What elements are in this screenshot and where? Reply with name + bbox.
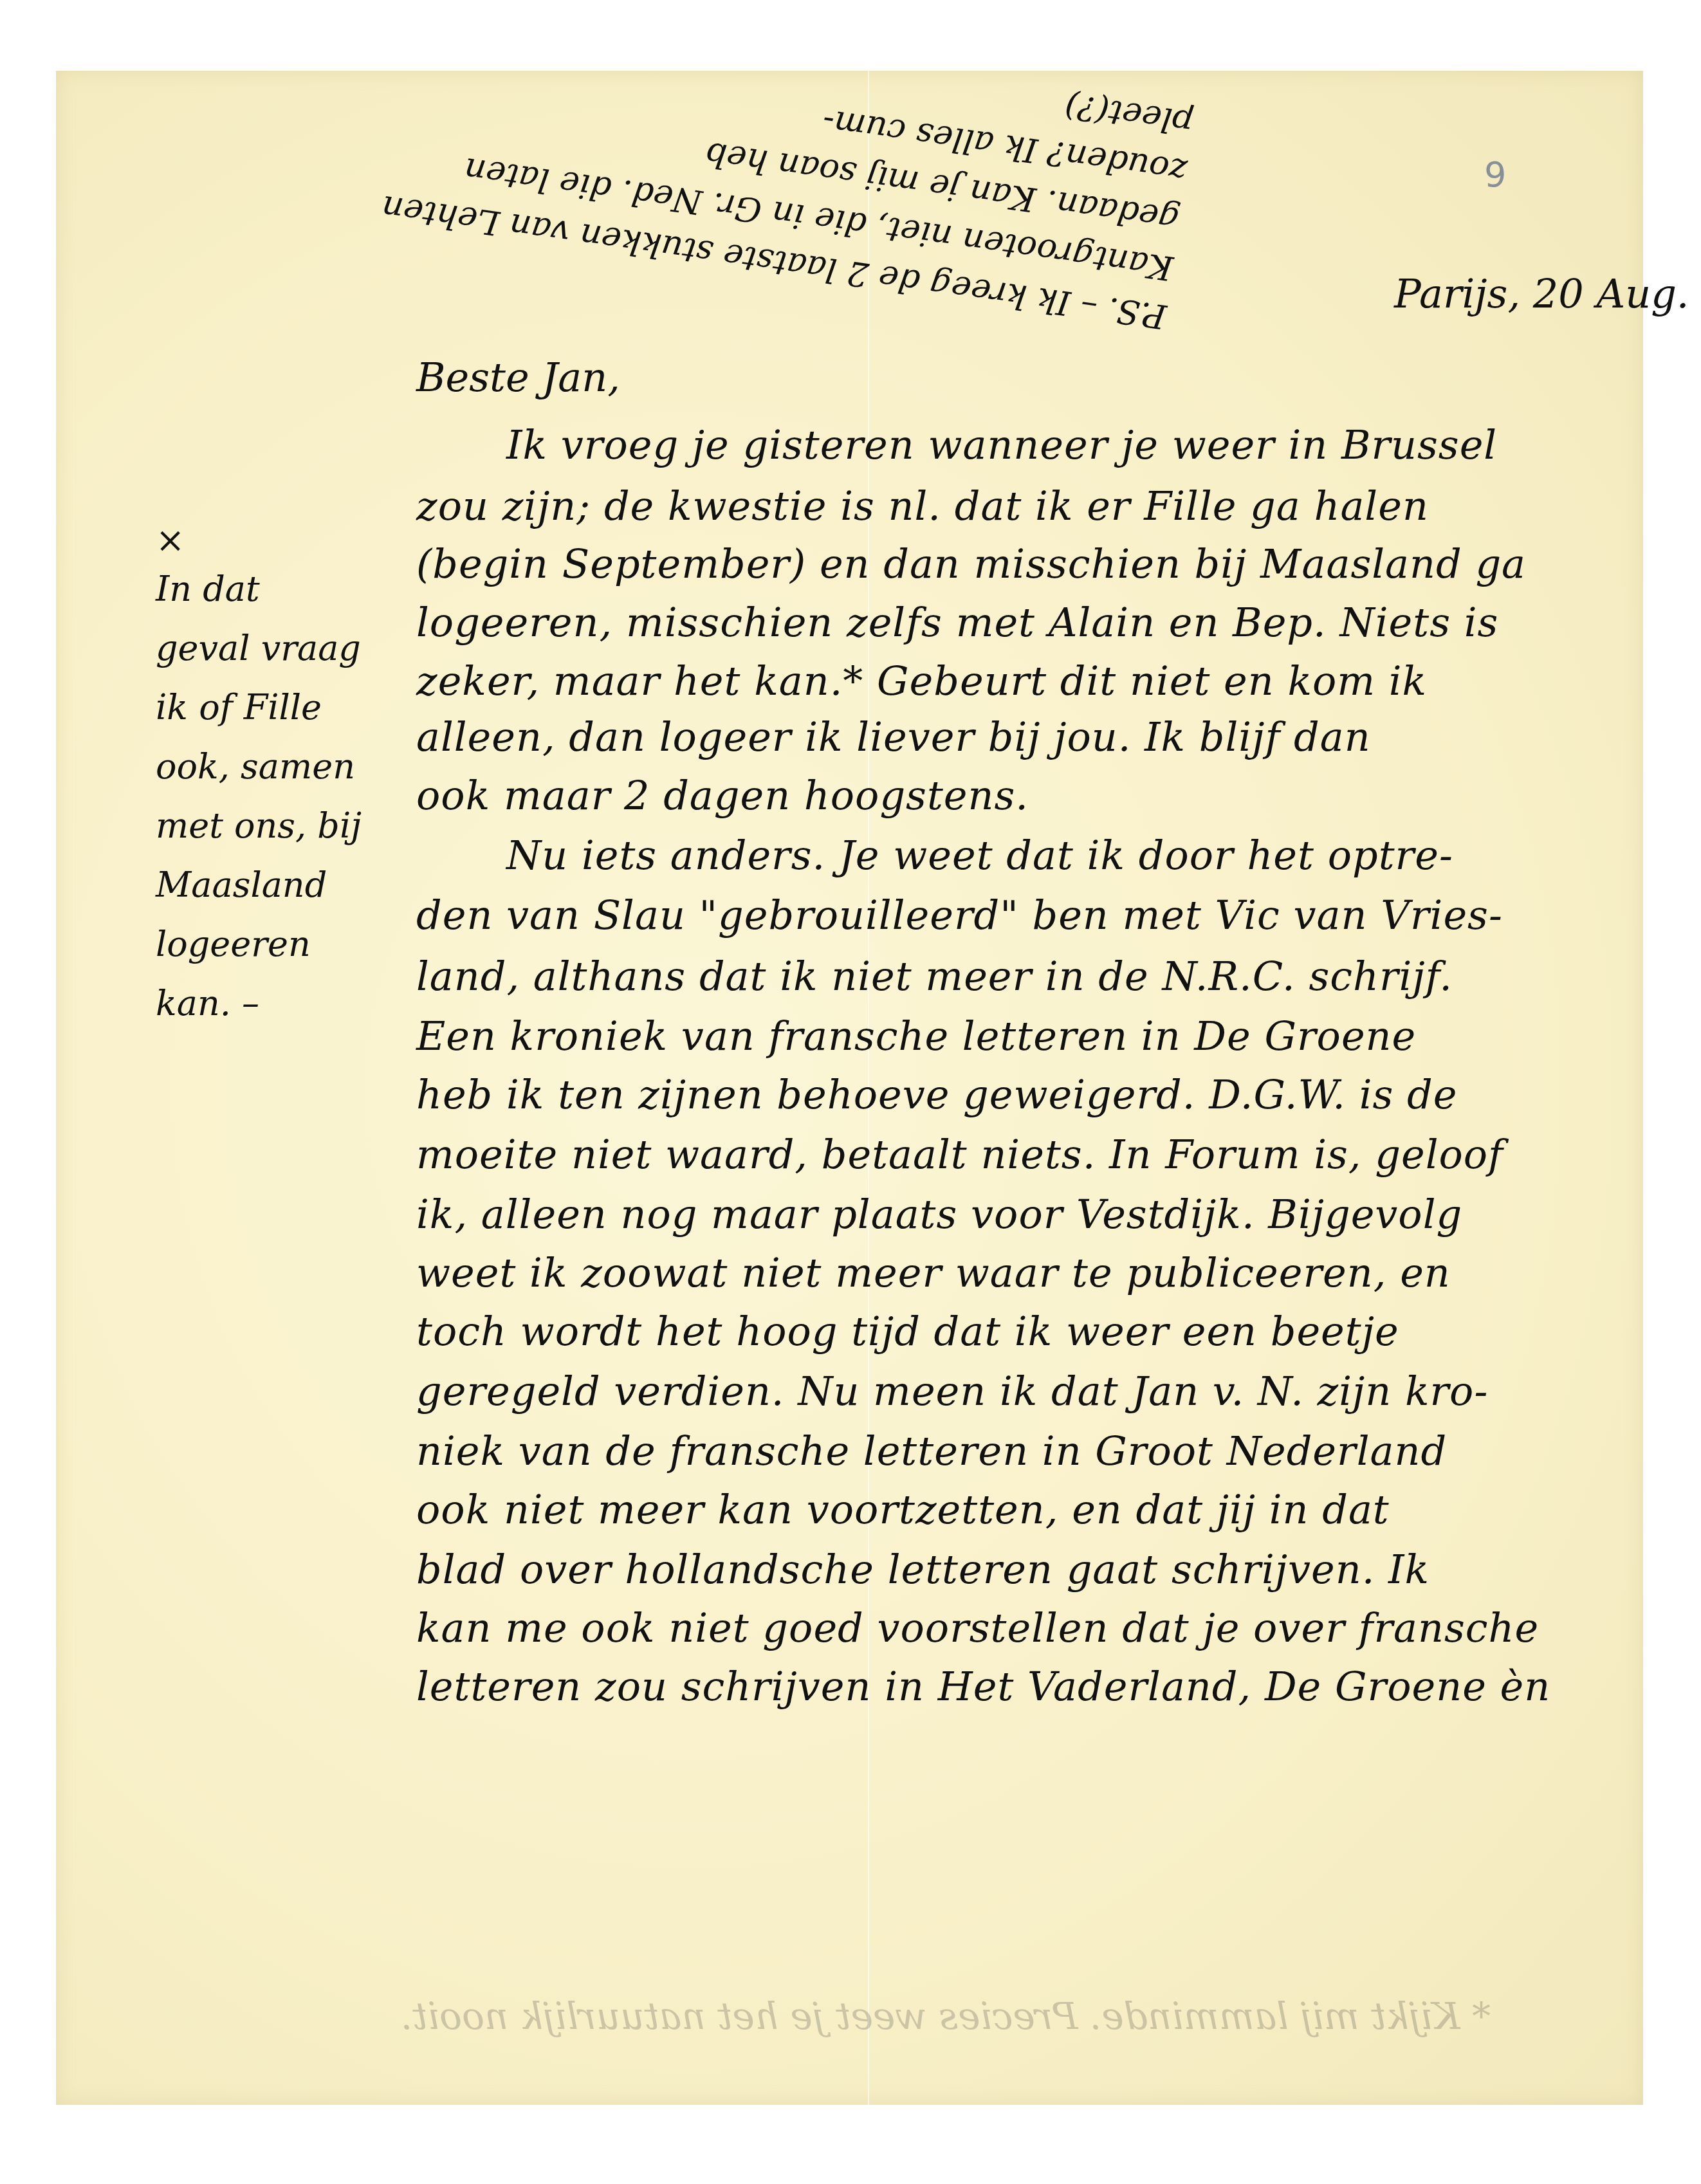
salutation: Beste Jan, xyxy=(416,354,620,401)
place-date: Parijs, 20 Aug. '35. xyxy=(1394,270,1701,317)
margin-note-line: Maasland xyxy=(156,856,362,915)
body-line: niek van de fransche letteren in Groot N… xyxy=(416,1427,1447,1474)
body-line: alleen, dan logeer ik liever bij jou. Ik… xyxy=(416,713,1371,760)
body-line: moeite niet waard, betaalt niets. In For… xyxy=(416,1131,1503,1178)
margin-note-line: met ons, bij xyxy=(156,796,362,856)
margin-note-line: logeeren xyxy=(156,915,362,974)
bleed-through-footnote: * Kijkt mij lamminde. Precies weet je he… xyxy=(204,1994,1491,2038)
body-line: (begin September) en dan misschien bij M… xyxy=(416,540,1526,587)
body-line: Ik vroeg je gisteren wanneer je weer in … xyxy=(506,421,1497,468)
body-line: blad over hollandsche letteren gaat schr… xyxy=(416,1546,1430,1593)
body-line: geregeld verdien. Nu meen ik dat Jan v. … xyxy=(416,1368,1488,1415)
margin-note: × In dat geval vraag ik of Fille ook, sa… xyxy=(156,521,362,1033)
body-line: weet ik zoowat niet meer waar te publice… xyxy=(416,1249,1451,1296)
body-line: land, althans dat ik niet meer in de N.R… xyxy=(416,953,1453,1000)
margin-note-line: ik of Fille xyxy=(156,678,362,737)
margin-note-line: ook, samen xyxy=(156,737,362,796)
body-line: zeker, maar het kan.* Gebeurt dit niet e… xyxy=(416,657,1427,704)
archive-pencil-mark: 9 xyxy=(1484,154,1506,195)
body-line: Een kroniek van fransche letteren in De … xyxy=(416,1013,1416,1060)
body-line: Nu iets anders. Je weet dat ik door het … xyxy=(506,832,1453,879)
body-line: zou zijn; de kwestie is nl. dat ik er Fi… xyxy=(416,482,1429,529)
body-line: heb ik ten zijnen behoeve geweigerd. D.G… xyxy=(416,1071,1457,1118)
margin-note-line: kan. – xyxy=(156,974,362,1033)
body-line: den van Slau "gebrouilleerd" ben met Vic… xyxy=(416,892,1503,939)
body-line: ook niet meer kan voortzetten, en dat ji… xyxy=(416,1486,1390,1533)
margin-note-line: In dat xyxy=(156,560,362,619)
body-line: letteren zou schrijven in Het Vaderland,… xyxy=(416,1663,1550,1710)
body-line: ik, alleen nog maar plaats voor Vestdijk… xyxy=(416,1191,1462,1238)
body-line: kan me ook niet goed voorstellen dat je … xyxy=(416,1604,1539,1651)
letter-paper: * Kijkt mij lamminde. Precies weet je he… xyxy=(56,71,1643,2105)
body-line: toch wordt het hoog tijd dat ik weer een… xyxy=(416,1308,1399,1355)
postscript-upside-down: P.S. – Ik kreeg de 2 laatste stukken van… xyxy=(378,0,1196,341)
margin-note-marker: × xyxy=(156,521,362,560)
body-line: ook maar 2 dagen hoogstens. xyxy=(416,772,1029,819)
margin-note-line: geval vraag xyxy=(156,619,362,678)
body-line: logeeren, misschien zelfs met Alain en B… xyxy=(416,599,1498,646)
